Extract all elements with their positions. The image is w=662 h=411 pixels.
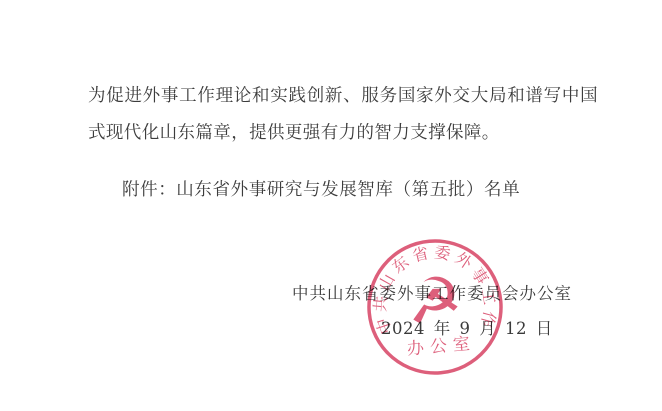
seal-ring: [363, 235, 506, 378]
signature-organization: 中共山东省委外事工作委员会办公室: [292, 283, 572, 305]
signature-date: 2024 年 9 月 12 日: [381, 318, 553, 340]
attachment-line: 附件：山东省外事研究与发展智库（第五批）名单: [122, 176, 520, 204]
document-page: 为促进外事工作理论和实践创新、服务国家外交大局和谱写中国式现代化山东篇章，提供更…: [0, 0, 662, 411]
body-paragraph: 为促进外事工作理论和实践创新、服务国家外交大局和谱写中国式现代化山东篇章，提供更…: [88, 78, 598, 152]
official-red-seal: 中共山东省委外事工作委员会 ☭ 办公室: [349, 221, 521, 393]
